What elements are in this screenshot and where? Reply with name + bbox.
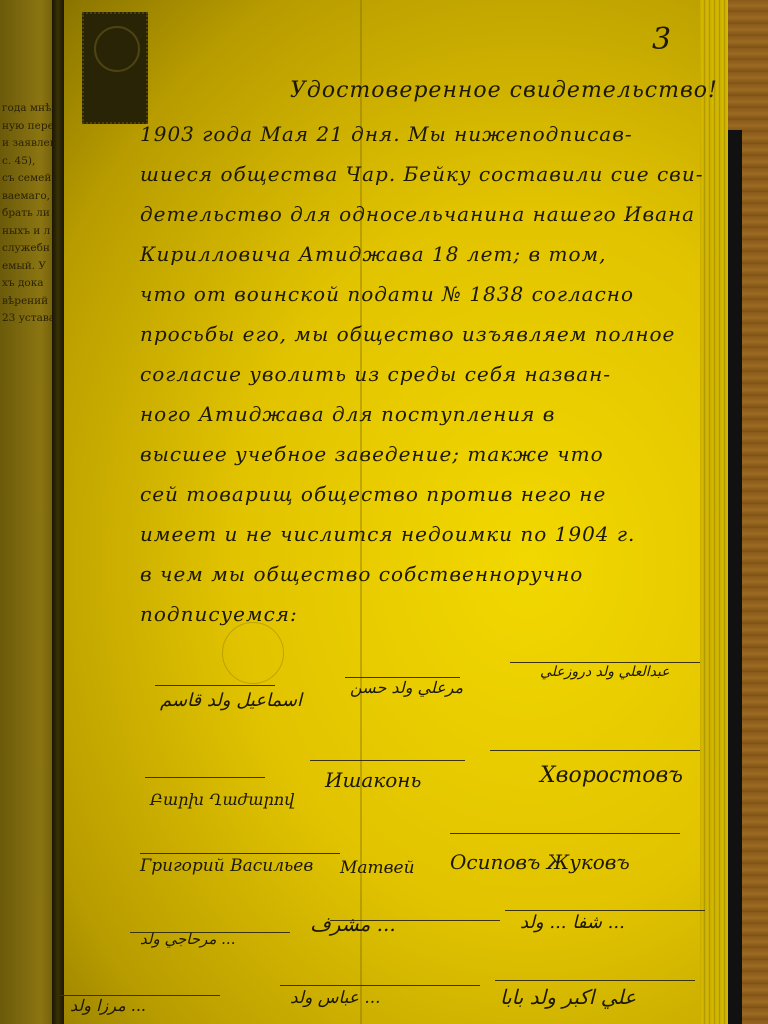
printed-line: года мнѣн [2, 100, 58, 118]
book-spine [52, 0, 64, 1024]
printed-line: хъ дока [2, 275, 58, 293]
printed-line: служебн [2, 240, 58, 258]
signature: مرحاجي ولد ... [140, 930, 235, 948]
body-line: согласие уволить из среды себя назван- [140, 362, 611, 386]
signature: مرزا ولد ... [70, 996, 146, 1015]
printed-line: ваемаго, [2, 188, 58, 206]
body-line: 1903 года Мая 21 дня. Мы нижеподписав- [140, 122, 633, 146]
body-line: имеет и не числится недоимки по 1904 г. [140, 522, 635, 546]
printed-line: с. 45), [2, 153, 58, 171]
printed-line: брать ли [2, 205, 58, 223]
signature: Ишаконь [325, 768, 421, 792]
body-line: в чем мы общество собственноручно [140, 562, 583, 586]
signature: اسماعيل ولد قاسم [160, 690, 302, 711]
printed-line: съ семейс [2, 170, 58, 188]
printed-line: и заявлен [2, 135, 58, 153]
body-line: ного Атиджава для поступления в [140, 402, 555, 426]
body-line: просьбы его, мы общество изъявляем полно… [140, 322, 675, 346]
body-line: Кирилловича Атиджава 18 лет; в том, [140, 242, 606, 266]
signature: Матвей [340, 858, 415, 878]
body-line: высшее учебное заведение; также что [140, 442, 604, 466]
page-number: 3 [652, 22, 671, 57]
printed-text-column: года мнѣн ную перег и заявлен с. 45), съ… [2, 100, 58, 328]
left-facing-page: года мнѣн ную перег и заявлен с. 45), съ… [0, 0, 58, 1024]
signature: عبدالعلي ولد دروزعلي [540, 664, 670, 680]
stamp-emblem-icon [94, 26, 140, 72]
signature: Хворостовъ [540, 763, 683, 788]
signature: عباس ولد ... [290, 988, 381, 1008]
printed-line: ныхъ и л [2, 223, 58, 241]
cover-edge [728, 130, 742, 1024]
document-heading: Удостоверенное свидетельство! [290, 78, 718, 103]
printed-line: емый. У [2, 258, 58, 276]
signature: علي اكبر ولد بابا [500, 985, 636, 1009]
body-line: сей товарищ общество против него не [140, 482, 606, 506]
signature: Բարխ Ղաժարով [150, 790, 294, 809]
printed-line: ную перег [2, 118, 58, 136]
body-line: шиеся общества Чар. Бейку составили сие … [140, 162, 703, 186]
body-line: что от воинской подати № 1838 согласно [140, 282, 634, 306]
printed-line: вѣрений [2, 293, 58, 311]
signature: مرعلي ولد حسن [350, 678, 463, 697]
signature: Григорий Васильев [140, 856, 313, 876]
body-line: подписуемся: [140, 602, 298, 626]
signature: Осиповъ Жуковъ [450, 850, 630, 874]
signature: مشرف ... [310, 912, 396, 936]
faded-seal-icon [222, 622, 284, 684]
body-line: детельство для односельчанина нашего Ива… [140, 202, 695, 226]
signature: شفا ... ولد ... [520, 912, 625, 933]
printed-line: 23 устава [2, 310, 58, 328]
revenue-stamp-icon [82, 12, 148, 124]
page-edges [700, 0, 728, 1024]
